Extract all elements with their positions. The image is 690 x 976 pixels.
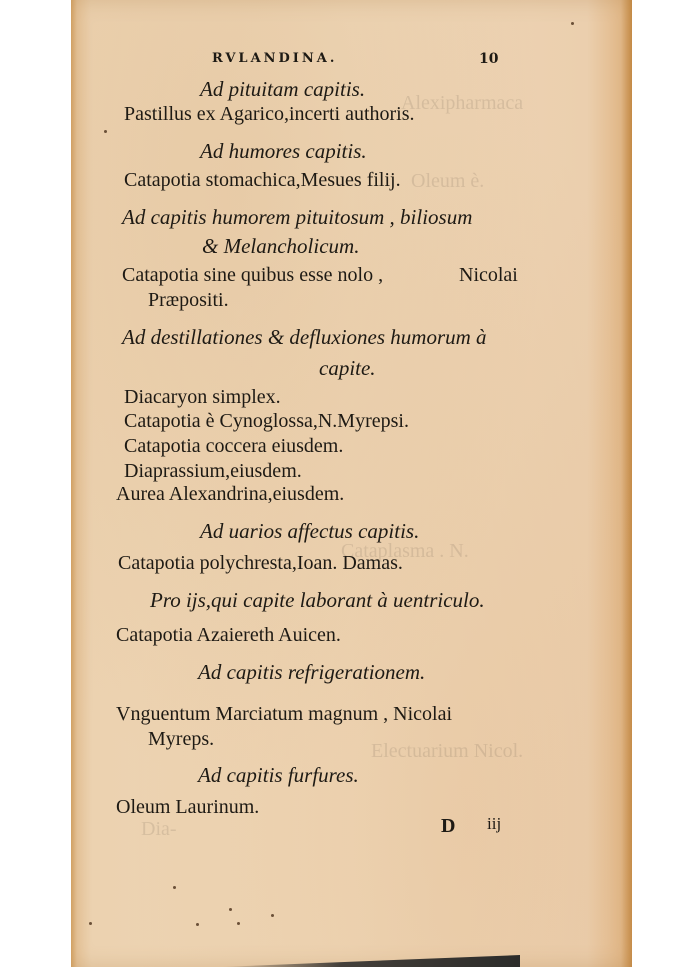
section-heading: Pro ijs,qui capite laborant à uentriculo… — [150, 590, 485, 611]
remedy-entry: Catapotia sine quibus esse nolo , — [122, 265, 383, 285]
show-through-text: Alexipharmaca — [401, 92, 523, 115]
show-through-text: Dia- — [141, 818, 177, 841]
section-heading-continued: & Melancholicum. — [202, 236, 359, 257]
remedy-entry: Pastillus ex Agarico,incerti authoris. — [124, 104, 415, 124]
paper-speck — [173, 886, 176, 889]
signature-number: iij — [487, 815, 501, 832]
remedy-entry: Diacaryon simplex. — [124, 387, 281, 407]
section-heading: Ad pituitam capitis. — [200, 79, 365, 100]
section-heading: Ad capitis furfures. — [198, 765, 359, 786]
section-heading-continued: capite. — [319, 358, 376, 379]
remedy-entry-continued: Præpositi. — [148, 290, 229, 310]
remedy-entry-author: Nicolai — [459, 265, 518, 285]
paper-speck — [271, 914, 274, 917]
running-head: RVLANDINA. — [212, 52, 337, 65]
paper-speck — [571, 22, 574, 25]
remedy-entry: Catapotia coccera eiusdem. — [124, 436, 343, 456]
remedy-entry: Oleum Laurinum. — [116, 797, 259, 817]
show-through-text: Oleum è. — [411, 170, 484, 193]
remedy-entry: Diaprassium,eiusdem. — [124, 461, 302, 481]
section-heading: Ad capitis humorem pituitosum , biliosum — [122, 207, 472, 228]
section-heading: Ad uarios affectus capitis. — [200, 521, 419, 542]
show-through-text: Electuarium Nicol. — [371, 740, 523, 763]
remedy-entry: Catapotia stomachica,Mesues filij. — [124, 170, 401, 190]
remedy-entry: Catapotia Azaiereth Auicen. — [116, 625, 341, 645]
remedy-entry: Vnguentum Marciatum magnum , Nicolai — [116, 704, 452, 724]
section-heading: Ad humores capitis. — [200, 141, 367, 162]
section-heading: Ad destillationes & defluxiones humorum … — [122, 327, 487, 348]
scanned-book-page: Alexipharmaca Oleum è. Cataplasma . N. E… — [71, 0, 632, 967]
paper-speck — [237, 922, 240, 925]
paper-speck — [229, 908, 232, 911]
remedy-entry-continued: Myreps. — [148, 729, 214, 749]
section-heading: Ad capitis refrigerationem. — [198, 662, 425, 683]
paper-speck — [196, 923, 199, 926]
paper-speck — [104, 130, 107, 133]
remedy-entry: Catapotia polychresta,Ioan. Damas. — [118, 553, 403, 573]
remedy-entry: Aurea Alexandrina,eiusdem. — [116, 484, 344, 504]
signature-mark: D — [441, 816, 455, 836]
remedy-entry: Catapotia è Cynoglossa,N.Myrepsi. — [124, 411, 409, 431]
paper-speck — [89, 922, 92, 925]
folio-number: 10 — [479, 52, 498, 66]
